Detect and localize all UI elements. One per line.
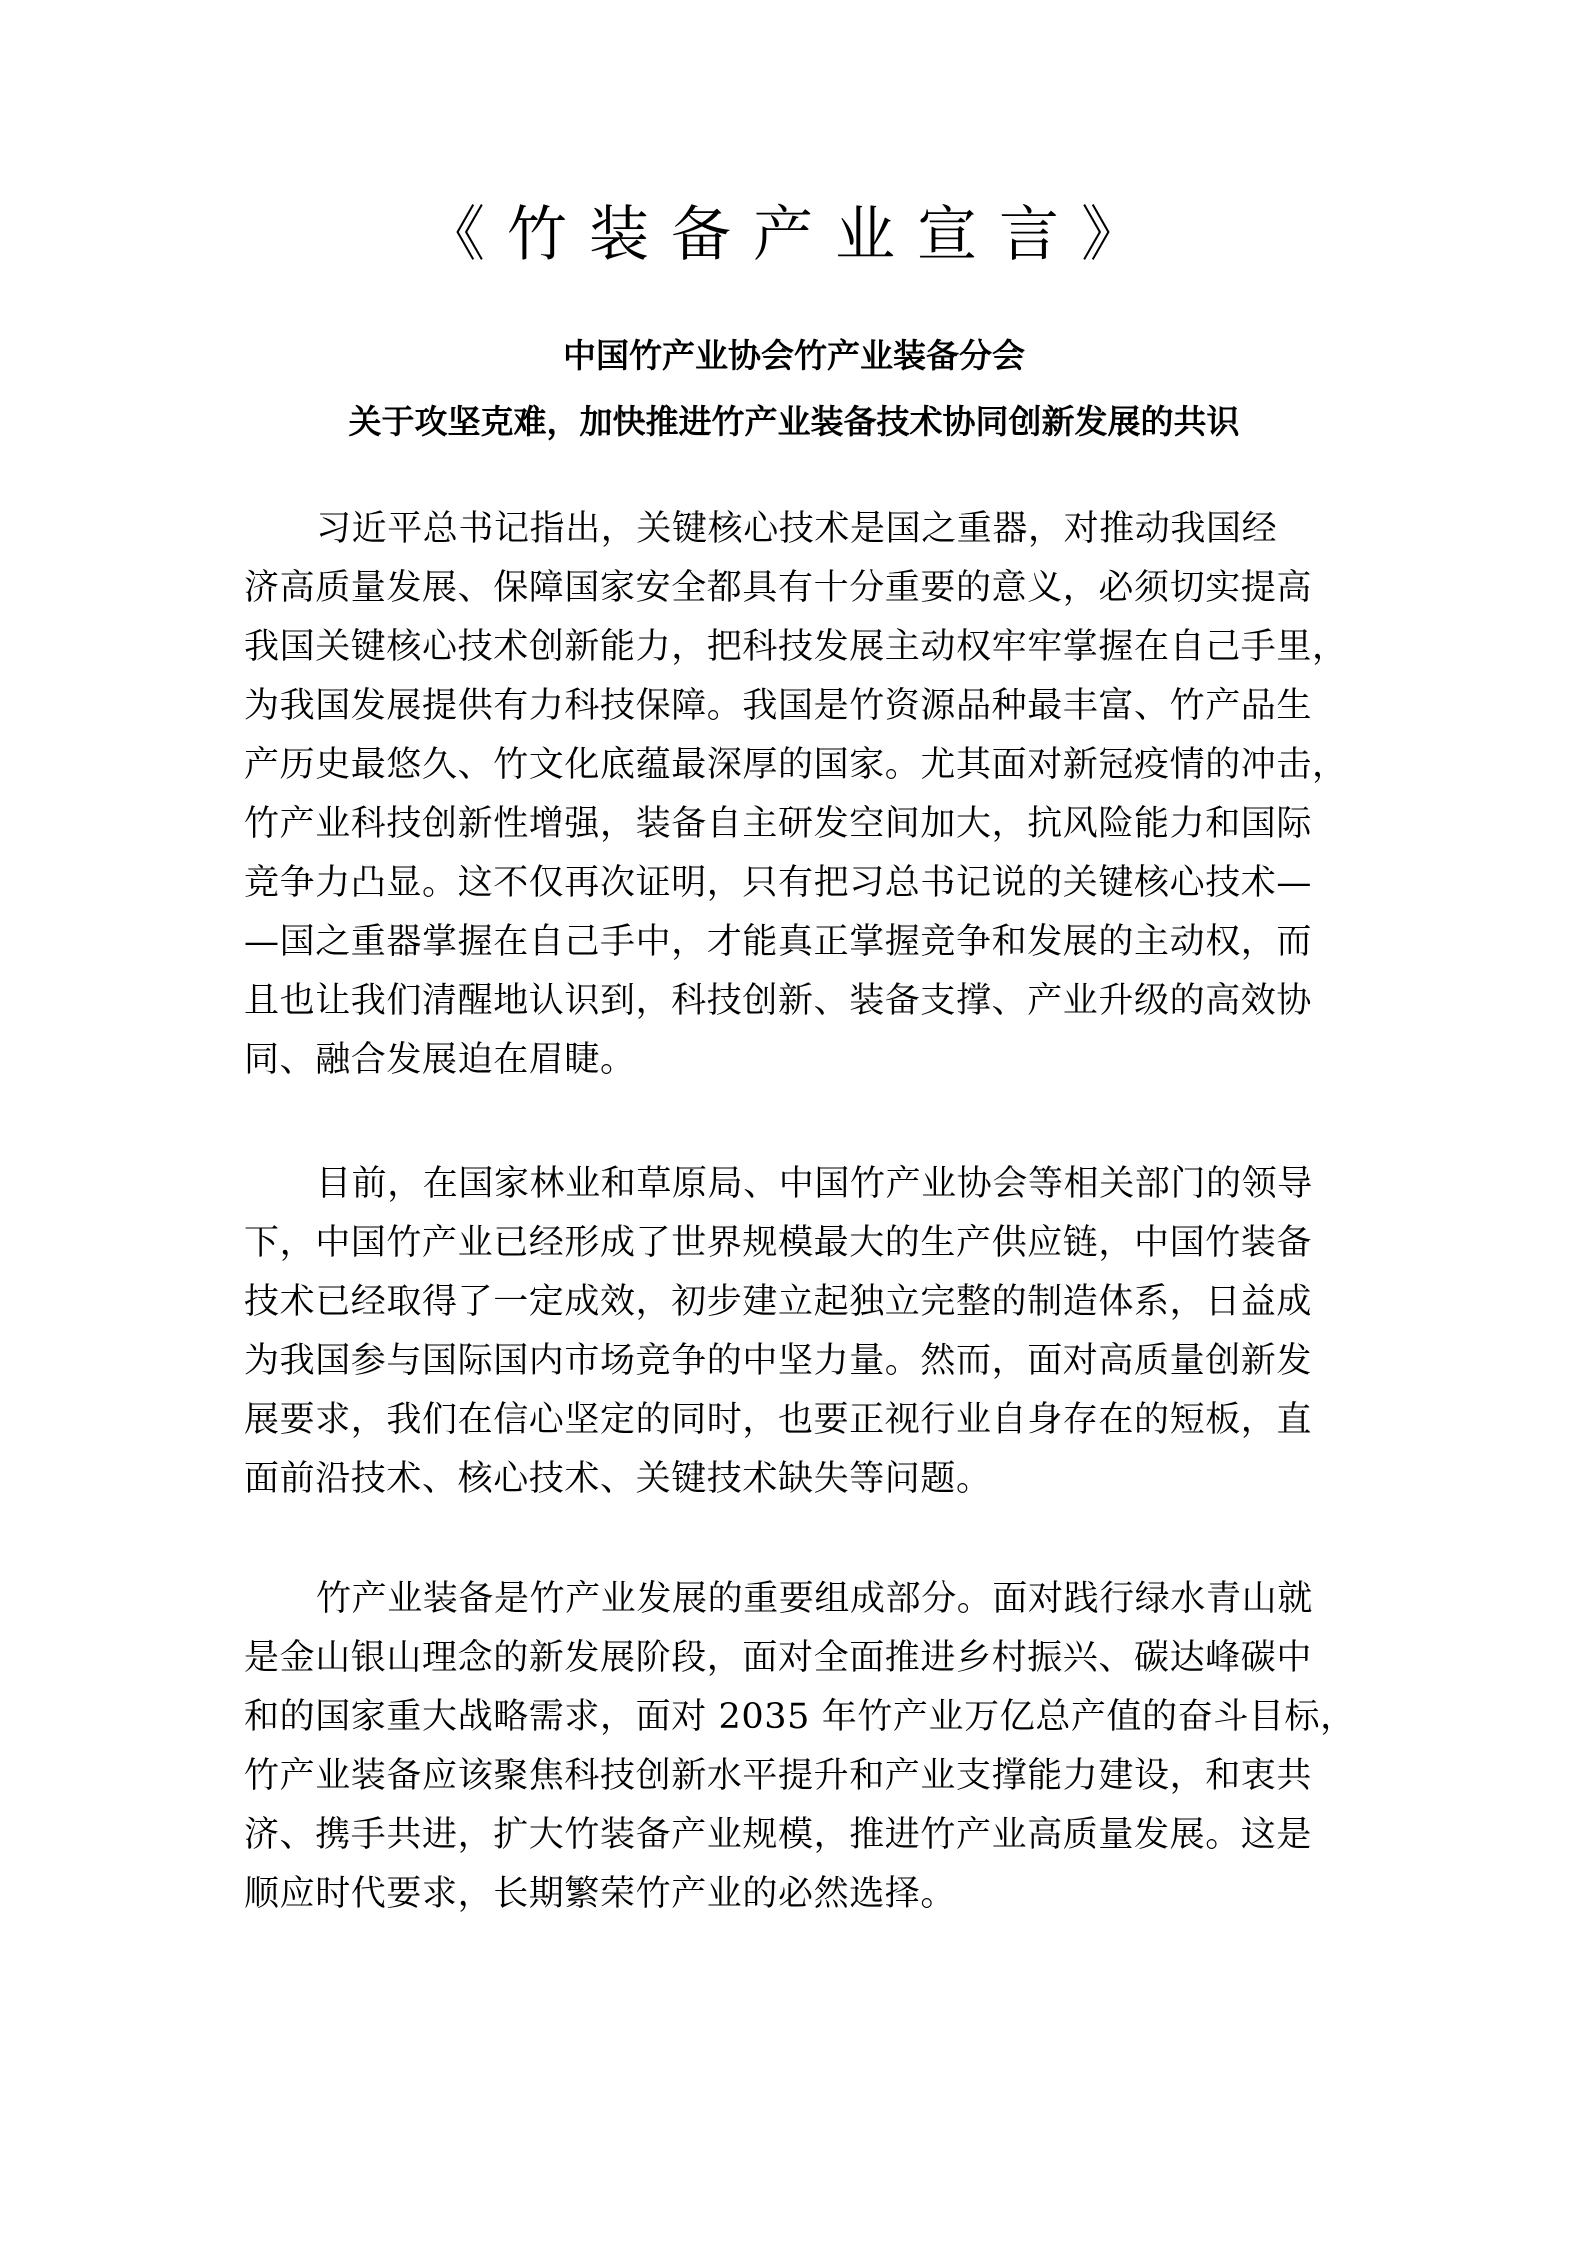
text-line: —国之重器掌握在自己手中，才能真正掌握竞争和发展的主动权，而 — [244, 913, 1354, 972]
subtitle-consensus: 关于攻坚克难，加快推进竹产业装备技术协同创新发展的共识 — [0, 398, 1588, 446]
text-line: 和的国家重大战略需求，面对 2035 年竹产业万亿总产值的奋斗目标， — [244, 1688, 1354, 1747]
text-line: 习近平总书记指出，关键核心技术是国之重器，对推动我国经 — [244, 500, 1354, 559]
paragraph-1: 习近平总书记指出，关键核心技术是国之重器，对推动我国经 济高质量发展、保障国家安… — [244, 500, 1354, 1090]
document-title: 《竹装备产业宣言》 — [0, 195, 1588, 275]
text-line: 我国关键核心技术创新能力，把科技发展主动权牢牢掌握在自己手里， — [244, 618, 1354, 677]
text-line: 竹产业装备应该聚焦科技创新水平提升和产业支撑能力建设，和衷共 — [244, 1747, 1354, 1806]
text-line: 下，中国竹产业已经形成了世界规模最大的生产供应链，中国竹装备 — [244, 1214, 1354, 1273]
text-line: 竞争力凸显。这不仅再次证明，只有把习总书记说的关键核心技术— — [244, 854, 1354, 913]
text-line: 且也让我们清醒地认识到，科技创新、装备支撑、产业升级的高效协 — [244, 972, 1354, 1031]
text-line: 产历史最悠久、竹文化底蕴最深厚的国家。尤其面对新冠疫情的冲击， — [244, 736, 1354, 795]
subtitle-organization: 中国竹产业协会竹产业装备分会 — [0, 332, 1588, 380]
text-line: 同、融合发展迫在眉睫。 — [244, 1031, 1354, 1090]
text-line: 济高质量发展、保障国家安全都具有十分重要的意义，必须切实提高 — [244, 559, 1354, 618]
text-line: 为我国参与国际国内市场竞争的中坚力量。然而，面对高质量创新发 — [244, 1332, 1354, 1391]
text-line: 为我国发展提供有力科技保障。我国是竹资源品种最丰富、竹产品生 — [244, 677, 1354, 736]
text-line: 济、携手共进，扩大竹装备产业规模，推进竹产业高质量发展。这是 — [244, 1806, 1354, 1865]
text-line: 目前，在国家林业和草原局、中国竹产业协会等相关部门的领导 — [244, 1155, 1354, 1214]
text-line: 竹产业装备是竹产业发展的重要组成部分。面对践行绿水青山就 — [244, 1570, 1354, 1629]
text-line: 面前沿技术、核心技术、关键技术缺失等问题。 — [244, 1450, 1354, 1509]
paragraph-3: 竹产业装备是竹产业发展的重要组成部分。面对践行绿水青山就 是金山银山理念的新发展… — [244, 1570, 1354, 1924]
text-line: 顺应时代要求，长期繁荣竹产业的必然选择。 — [244, 1865, 1354, 1924]
text-line: 展要求，我们在信心坚定的同时，也要正视行业自身存在的短板，直 — [244, 1391, 1354, 1450]
text-line: 是金山银山理念的新发展阶段，面对全面推进乡村振兴、碳达峰碳中 — [244, 1629, 1354, 1688]
paragraph-2: 目前，在国家林业和草原局、中国竹产业协会等相关部门的领导 下，中国竹产业已经形成… — [244, 1155, 1354, 1509]
text-line: 技术已经取得了一定成效，初步建立起独立完整的制造体系，日益成 — [244, 1273, 1354, 1332]
text-line: 竹产业科技创新性增强，装备自主研发空间加大，抗风险能力和国际 — [244, 795, 1354, 854]
document-page: 《竹装备产业宣言》 中国竹产业协会竹产业装备分会 关于攻坚克难，加快推进竹产业装… — [0, 0, 1588, 2245]
